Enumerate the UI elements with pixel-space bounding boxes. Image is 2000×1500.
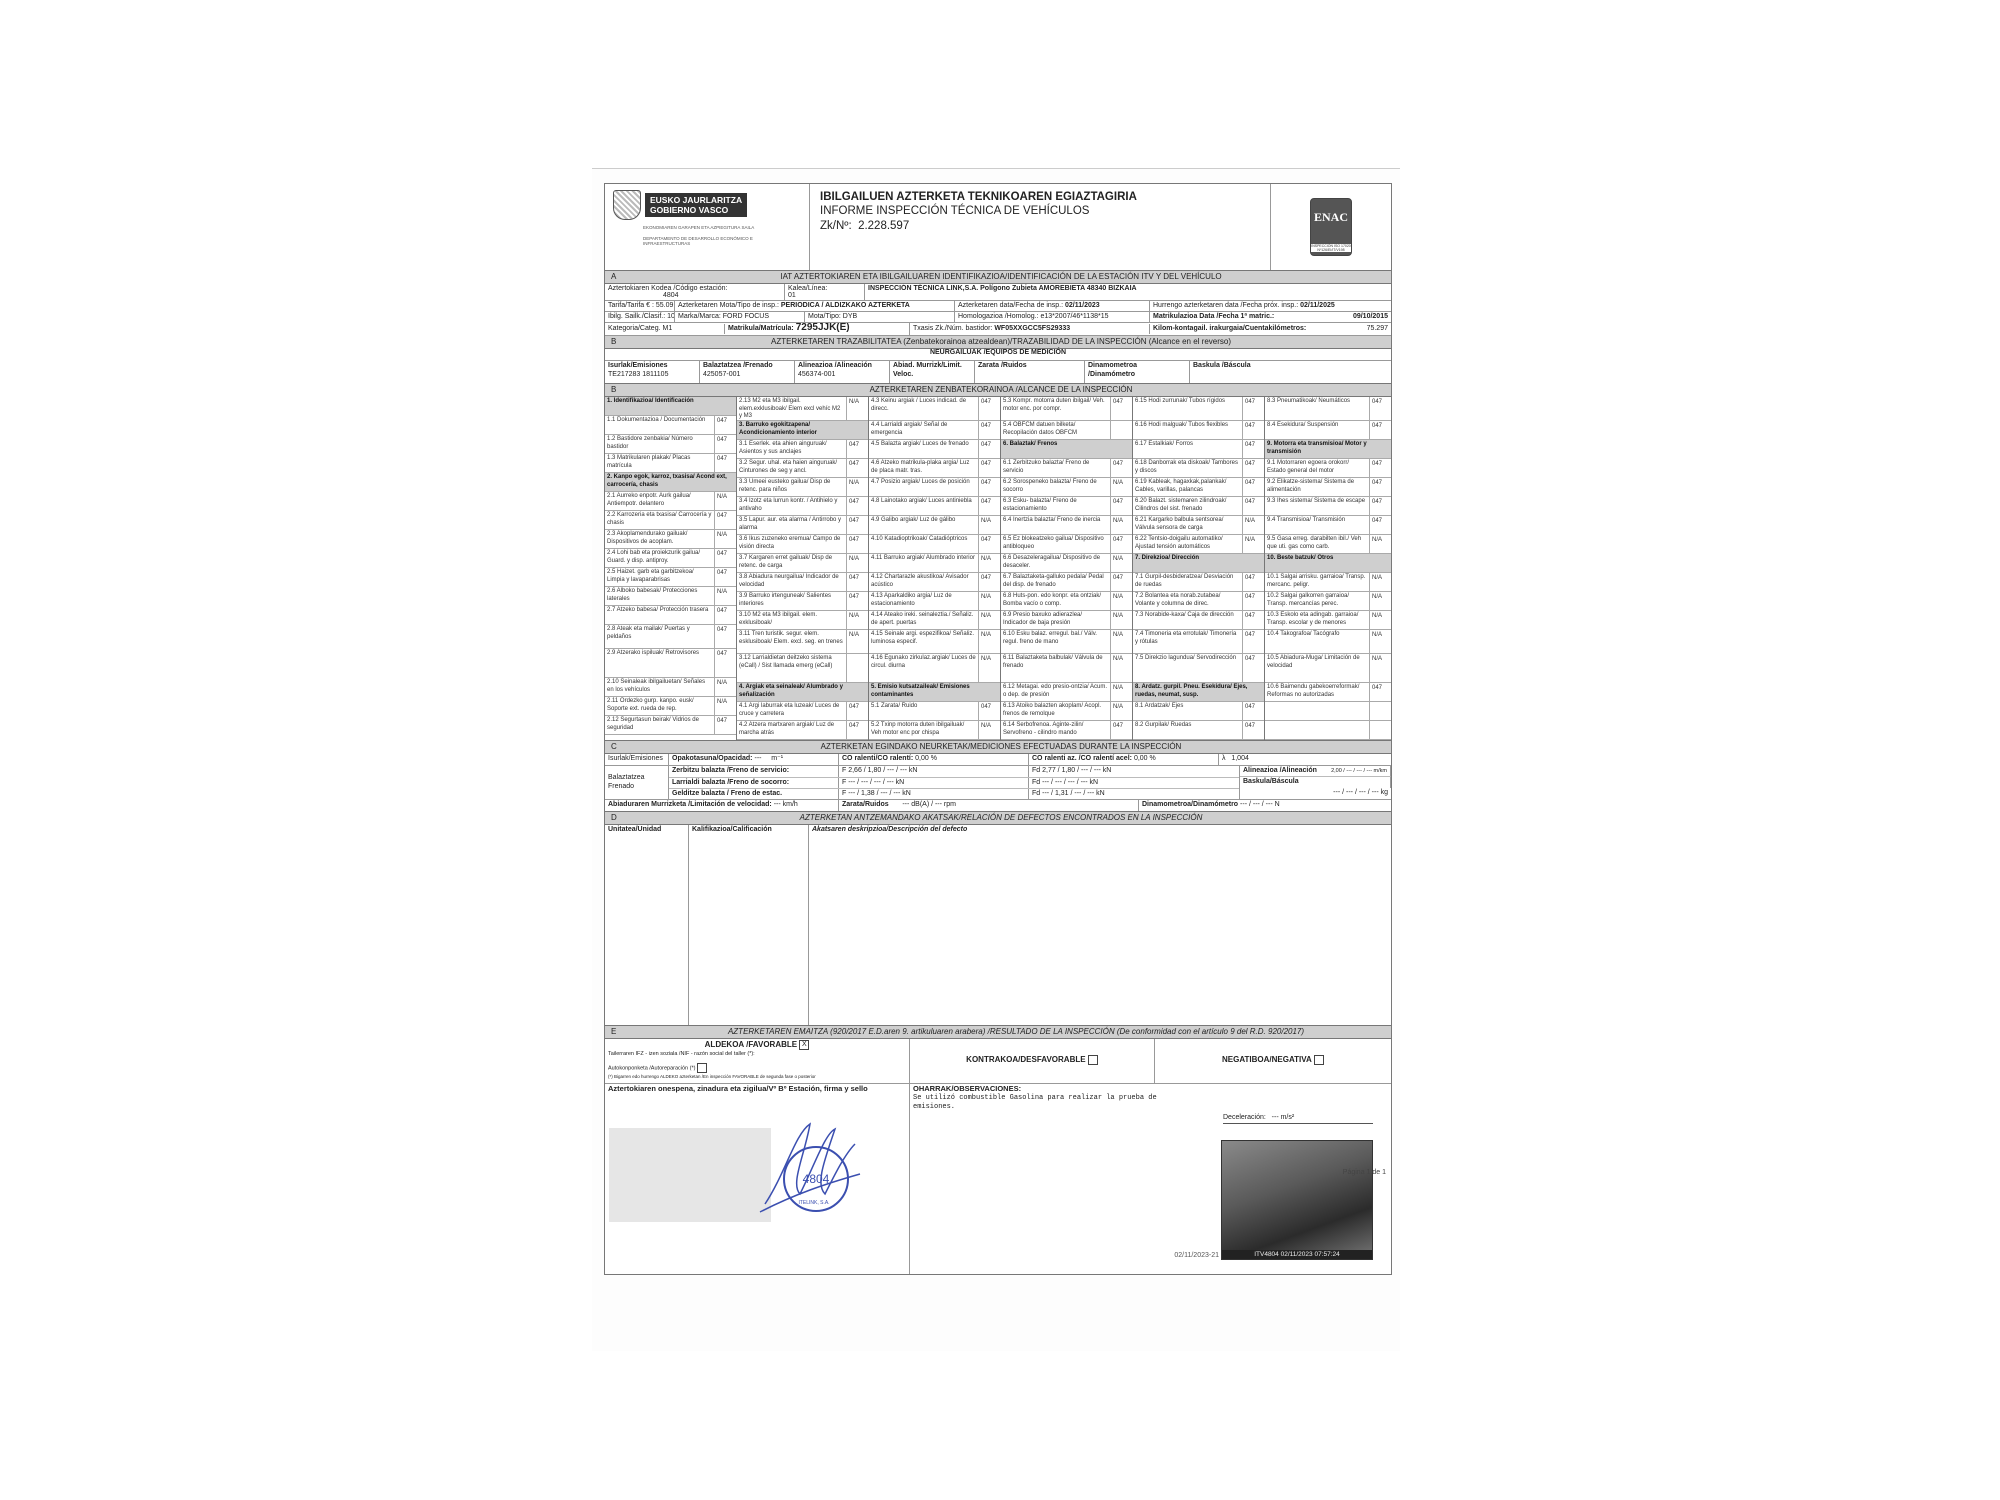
scope-item: 5.4 OBFCM datuen bilketa/ Recopilación d… [1001,421,1132,440]
negative-checkbox [1314,1055,1324,1065]
scope-item: 4.12 Chartarazle akustikoa/ Avisador acú… [869,573,1000,592]
defects-table: Unitatea/Unidad Kalifikazioa/Calificació… [605,825,1391,1026]
scope-group-header: 5. Emisio kutsatzaileak/ Emisiones conta… [869,683,1000,702]
parking-brake-label: Gelditze balazta / Freno de estac. [672,790,782,797]
scope-item: 3.9 Barruko irtenguneak/ Salientes inter… [737,592,868,611]
alignment-value: 2,00 / --- / --- / --- m/km [1331,767,1387,776]
scope-item: 2.12 Segurtasun beirak/ Vidrios de segur… [605,716,736,735]
scope-item: 9.4 Transmisioa/ Transmisión047 [1265,516,1391,535]
equipment-cell: Abiad. Murrizk/Limit. Veloc. [890,361,975,383]
noise-label: Zarata/Ruidos [842,801,889,808]
scope-item: 6.11 Balaztaketa balbulak/ Válvula de fr… [1001,654,1132,683]
scope-item: 4.13 Aparkaldiko argia/ Luz de estaciona… [869,592,1000,611]
noise-value: --- dB(A) / --- rpm [902,801,956,808]
title-es: INFORME INSPECCIÓN TÉCNICA DE VEHÍCULOS [820,204,1260,218]
col-unit: Unitatea/Unidad [608,826,661,833]
parking-brake-fd: Fd --- / 1,31 / --- / --- kN [1029,789,1239,800]
equipment-cell: Alineazioa /Alineación456374-001 [795,361,890,383]
section-b1-header: B AZTERKETAREN TRAZABILITATEA (Zenbateko… [605,336,1391,349]
scope-item: 6.18 Danborrak eta diskoak/ Tambores y d… [1133,459,1264,478]
scope-item: 10.3 Eskolo eta adingab. garraioa/ Trans… [1265,611,1391,630]
department-es: DEPARTAMENTO DE DESARROLLO ECONÓMICO E I… [643,236,801,247]
scope-item: 6.16 Hodi malguak/ Tubos flexibles047 [1133,421,1264,440]
scope-item: 6.20 Balazt. sistemaren zilindroak/ Cili… [1133,497,1264,516]
scope-item: 4.4 Larrialdi argiak/ Señal de emergenci… [869,421,1000,440]
scope-item: 6.12 Metagai. edo presio-ontzia/ Acum. o… [1001,683,1132,702]
section-e-header: E AZTERKETAREN EMAITZA (920/2017 E.D.are… [605,1026,1391,1039]
type-value: DYB [843,313,857,320]
type-label: Mota/Tipo: [808,313,841,320]
scale-label: Baskula/Báscula [1243,778,1299,785]
service-brake-label: Zerbitzu balazta /Freno de servicio: [672,767,789,774]
odometer-label: Kilom-kontagail. irakurgaia/Cuentakilóme… [1153,325,1306,332]
scope-item: 4.9 Galibo argiak/ Luz de gáliboN/A [869,516,1000,535]
inspection-type-label: Azterketaren Mota/Tipo de insp.: [678,302,779,309]
next-inspection-label: Hurrengo azterketaren data /Fecha próx. … [1153,302,1298,309]
opacity-label: Opakotasuna/Opacidad: [672,755,753,762]
line-value: 01 [788,292,796,299]
brand-value: FORD FOCUS [723,313,769,320]
braking-label: Balaztatzea Frenado [605,766,669,799]
scope-item: 1.3 Matrikularen plakak/ Placas matrícul… [605,454,736,473]
tariff-value: 55.09 [656,302,674,309]
self-repair-checkbox [697,1063,707,1073]
equipment-row: Isurlak/EmisionesTE217283 1811105Balazta… [605,361,1391,384]
enac-logo-icon: ENACINSPECCIÓN ISO 17020 Nº126/EI/IT/V19… [1310,198,1352,256]
scope-group-header: 10. Beste batzuk/ Otros [1265,554,1391,573]
scope-item: 10.1 Salgai arrisku. garraioa/ Transp. m… [1265,573,1391,592]
scope-item: 6.15 Hodi zurrunak/ Tubos rígidos047 [1133,397,1264,421]
scope-item: 6.13 Atoiko balazten akoplam/ Acopl. fre… [1001,702,1132,721]
scope-column: 6.15 Hodi zurrunak/ Tubos rígidos0476.16… [1133,397,1265,740]
scope-item: 9.1 Motorraren egoera orokorr/ Estado ge… [1265,459,1391,478]
scope-item: 7.4 Timoneria eta errotulak/ Timonería y… [1133,630,1264,654]
workshop-label: Tailerraren IFZ - izen soziala /NIF - ra… [608,1050,906,1059]
scope-item: 2.6 Alboko babesak/ Protecciones lateral… [605,587,736,606]
station-name: INSPECCIÓN TÉCNICA LINK,S.A. Polígono Zu… [865,284,1391,300]
observations-label: OHARRAK/OBSERVACIONES: [913,1084,1021,1093]
co-idle-value: 0,00 % [915,755,937,762]
scope-group-header: 6. Balaztak/ Frenos [1001,440,1132,459]
negative-label: NEGATIBOA/NEGATIVA [1222,1055,1312,1064]
equipment-cell: Zarata /Ruidos [975,361,1085,383]
inspection-date-label: Azterketaren data/Fecha de insp.: [958,302,1063,309]
scope-item: 8.3 Pneumatikoak/ Neumáticos047 [1265,397,1391,421]
unfavorable-checkbox [1088,1055,1098,1065]
scope-item: 3.1 Eserlek. eta ahien ainguruak/ Asient… [737,440,868,459]
scope-item: 4.14 Ateako ireki. seinaleztia./ Señaliz… [869,611,1000,630]
scope-item: 3.12 Larrialdietan deitzeko sistema (eCa… [737,654,868,683]
scope-item: 6.10 Esku balaz. erregul. bal./ Válv. re… [1001,630,1132,654]
vin-value: WF05XXGCC5FS29333 [994,325,1070,332]
scope-column: 1. Identifikazioa/ Identificación1.1 Dok… [605,397,737,740]
report-number-label: Zk/Nº: [820,220,852,232]
vin-label: Txasis Zk./Núm. bastidor: [913,325,992,332]
equipment-cell: Baskula /Báscula [1190,361,1391,383]
scope-item: 6.17 Estalkiak/ Forros047 [1133,440,1264,459]
scope-item: 3.8 Abiadura neurgailua/ Indicador de ve… [737,573,868,592]
scope-item: 6.7 Balaztaketa-galluko pedala/ Pedal de… [1001,573,1132,592]
co-idle-label: CO ralenti/CO ralentí: [842,755,913,762]
org-name-eu: EUSKO JAURLARITZA [650,195,742,205]
scope-item: 10.5 Abiadura-Muga/ Limitación de veloci… [1265,654,1391,683]
registration-date-label: Matrikulazioa Data /Fecha 1ª matric.: [1153,313,1274,320]
inspection-scope-grid: 1. Identifikazioa/ Identificación1.1 Dok… [605,397,1391,741]
favorable-label: ALDEKOA /FAVORABLE [705,1040,797,1049]
scope-item: 2.10 Seinaleak ibilgailuetan/ Señales en… [605,678,736,697]
equipment-title: NEURGAILUAK /EQUIPOS DE MEDICIÓN [605,349,1391,361]
category-label: Kategoria/Categ. [608,325,661,332]
next-inspection-date: 02/11/2025 [1300,302,1335,309]
section-c-header: C AZTERKETAN EGINDAKO NEURKETAK/MEDICION… [605,741,1391,754]
scope-item: 2.9 Atzerako ispiluak/ Retrovisores047 [605,649,736,678]
equipment-cell: Balaztatzea /Frenado425057-001 [700,361,795,383]
section-a-header: A IAT AZTERTOKIAREN ETA IBILGAILUAREN ID… [605,271,1391,284]
scope-item: 4.5 Balazta argiak/ Luces de frenado047 [869,440,1000,459]
scope-item: 4.8 Lainotako argiak/ Luces antiniebla04… [869,497,1000,516]
scope-column: 2.13 M2 eta M3 ibilgail. elem.exklusiboa… [737,397,869,740]
scope-item: 6.9 Presio baxuko adierazlea/ Indicador … [1001,611,1132,630]
inspection-report: EUSKO JAURLARITZA GOBIERNO VASCO EKONOMI… [604,183,1392,1275]
scope-item: 2.13 M2 eta M3 ibilgail. elem.exklusiboa… [737,397,868,421]
parking-brake-f: F --- / 1,38 / --- / --- kN [839,789,1029,800]
scope-item [1265,721,1391,740]
scope-item: 3.2 Segur. uhal. eta haien ainguruak/ Ci… [737,459,868,478]
document-page: EUSKO JAURLARITZA GOBIERNO VASCO EKONOMI… [592,168,1400,1351]
footnote: (*) Bigarren edo hurrengo ALDEKO azterke… [608,1073,906,1082]
scope-item: 6.14 Serbofrenoa. Aginte-zilin/ Servofre… [1001,721,1132,740]
scope-item: 4.10 Katadioptrikoak/ Catadióptricos047 [869,535,1000,554]
scope-item: 2.5 Haizet. garb eta garbitzekoa/ Limpia… [605,568,736,587]
col-description: Akatsaren deskripzioa/Descripción del de… [812,826,967,833]
co-accel-label: CO ralenti az. /CO ralentí acel: [1032,755,1132,762]
lambda-label: λ [1222,755,1226,762]
title-eu: IBILGAILUEN AZTERKETA TEKNIKOAREN EGIAZT… [820,190,1260,204]
scope-item: 3.5 Lapur. aur. eta alarma / Antirrobo y… [737,516,868,535]
inspection-type: PERIODICA / ALDIZKAKO AZTERKETA [781,302,910,309]
scope-item: 6.6 Desazeleragailua/ Dispositivo de des… [1001,554,1132,573]
scope-item: 6.5 Ez blokeatzeko gailua/ Dispositivo a… [1001,535,1132,554]
scope-item [1265,702,1391,721]
scope-item: 9.2 Elikatze-sistema/ Sistema de aliment… [1265,478,1391,497]
license-plate: 7295JJK(E) [796,323,850,333]
lambda-value: 1,004 [1231,755,1249,762]
coat-of-arms-icon [613,190,641,220]
scope-item: 6.22 Tentsio-doigailu automatiko/ Ajusta… [1133,535,1264,554]
scope-item: 7.3 Norabide-kaxa/ Caja de dirección047 [1133,611,1264,630]
equipment-cell: Dinamometroa /Dinamómetro [1085,361,1190,383]
station-code: 4804 [608,292,679,299]
scope-item: 4.16 Egunako zirkulaz.argiak/ Luces de c… [869,654,1000,683]
scope-column: 8.3 Pneumatikoak/ Neumáticos0478.4 Eseki… [1265,397,1391,740]
scope-column: 5.3 Kompr. motorra duten ibilgail/ Veh. … [1001,397,1133,740]
scope-item: 1.2 Bastidore zenbakia/ Número bastidor0… [605,435,736,454]
scope-item: 3.4 Izotz eta lurrun kontr. / Antihielo … [737,497,868,516]
homologation-label: Homologazioa /Homolog.: [958,313,1039,320]
opacity-value: --- [754,755,761,762]
scope-item: 10.6 Baimendu gabekoerreformak/ Reformas… [1265,683,1391,702]
scope-item: 4.1 Argi laburrak eta luzeak/ Luces de c… [737,702,868,721]
speed-limit-label: Abiaduraren Murrizketa /Limitación de ve… [608,801,772,808]
emissions-label: Isurlak/Emisiones [605,754,669,765]
scope-item: 3.11 Tren turistik. segur. elem. esklusi… [737,630,868,654]
scope-item: 6.8 Huts-pon. edo konpr. eta ontziak/ Bo… [1001,592,1132,611]
deceleration-label: Deceleración: [1223,1114,1266,1121]
alignment-label: Alineazioa /Alineación [1243,767,1317,774]
scope-item: 4.6 Atzeko matrikula-plaka argia/ Luz de… [869,459,1000,478]
redacted-area [609,1128,771,1222]
scope-item: 5.2 Txinp motorra duten ibilgailuak/ Veh… [869,721,1000,740]
section-b2-header: B AZTERKETAREN ZENBATEKORAINOA /ALCANCE … [605,384,1391,397]
category-value: M1 [663,325,673,332]
scope-item: 2.4 Lohi bab eta proiekzurik gailua/ Gua… [605,549,736,568]
inspection-date: 02/11/2023 [1065,302,1100,309]
scope-item: 1.1 Dokumentazioa / Documentación047 [605,416,736,435]
scope-item: 4.2 Atzera martxaren argiak/ Luz de marc… [737,721,868,740]
vehicle-photo: ITV4804 02/11/2023 07:57:24 [1221,1140,1373,1260]
class-value: 1000 [667,313,675,320]
line-label: Kalea/Línea: [788,285,827,292]
scope-item: 7.2 Bolantea eta norab.zutabea/ Volante … [1133,592,1264,611]
emergency-brake-label: Larrialdi balazta /Freno de socorro: [672,779,789,786]
class-label: Ibilg. Sailk./Clasif.: [608,313,665,320]
homologation-value: e13*2007/46*1138*15 [1041,313,1109,320]
emergency-brake-f: F --- / --- / --- / --- kN [839,778,1029,789]
station-row: Aztertokiaren Kodea /Código estación:480… [605,284,1391,301]
scope-item: 5.1 Zarata/ Ruido047 [869,702,1000,721]
scope-item: 8.1 Ardatzak/ Ejes047 [1133,702,1264,721]
col-rating: Kalifikazioa/Calificación [692,826,772,833]
scope-item: 3.10 M2 eta M3 ibilgail. elem. exklusibo… [737,611,868,630]
org-name-es: GOBIERNO VASCO [650,205,742,215]
department-eu: EKONOMIAREN GARAPEN ETA AZPIEGITURA SAIL… [643,225,801,231]
scope-item: 6.2 Sorospeneko balazta/ Freno de socorr… [1001,478,1132,497]
report-number: 2.228.597 [858,220,909,232]
scope-item: 7.5 Direkzio lagundua/ Servodirección047 [1133,654,1264,683]
section-d-header: D AZTERKETAN ANTZEMANDAKO AKATSAK/RELACI… [605,812,1391,825]
service-brake-f: F 2,66 / 1,80 / --- / --- kN [839,766,1029,777]
plate-label: Matrikula/Matrícula: [728,325,794,332]
scope-item: 3.7 Kargaren erret gailuak/ Disp de rete… [737,554,868,573]
equipment-cell: Isurlak/EmisionesTE217283 1811105 [605,361,700,383]
scope-item: 10.2 Salgai galkorren garraioa/ Transp. … [1265,592,1391,611]
scope-item: 4.11 Barruko argiak/ Alumbrado interiorN… [869,554,1000,573]
signature-box: Aztertokiaren onespena, zinadura eta zig… [605,1084,910,1274]
report-title: IBILGAILUEN AZTERKETA TEKNIKOAREN EGIAZT… [810,184,1271,270]
scope-item: 9.5 Gasa erreg. darabilten ibil./ Veh qu… [1265,535,1391,554]
self-repair-label: Autokonponketa /Autoreparación (*) [608,1065,695,1071]
tariff-label: Tarifa/Tarifa € [608,302,650,309]
photo-caption: ITV4804 02/11/2023 07:57:24 [1222,1250,1372,1259]
result-row: ALDEKOA /FAVORABLE X Tailerraren IFZ - i… [605,1039,1391,1084]
dyno-label: Dinamometroa/Dinamómetro [1142,801,1238,808]
scope-item: 2.2 Karrozeria eta txasisa/ Carrocería y… [605,511,736,530]
co-accel-value: 0,00 % [1134,755,1156,762]
scope-group-header: 4. Argiak eta seinaleak/ Alumbrado y señ… [737,683,868,702]
odometer-value: 75.297 [1367,325,1388,334]
scope-item: 2.8 Ateak eta mailak/ Puertas y peldaños… [605,625,736,649]
service-brake-fd: Fd 2,77 / 1,80 / --- / --- kN [1029,766,1239,777]
print-reference: 02/11/2023-21 [1174,1252,1219,1261]
scope-item: 5.3 Kompr. motorra duten ibilgail/ Veh. … [1001,397,1132,421]
dyno-value: --- / --- / --- N [1240,801,1280,808]
favorable-checkbox: X [799,1040,809,1050]
scope-item: 3.3 Umeei eusteko gailua/ Disp de retenc… [737,478,868,497]
scope-item: 8.4 Esekidura/ Suspensión047 [1265,421,1391,440]
scope-item: 10.4 Takografoa/ TacógrafoN/A [1265,630,1391,654]
scope-group-header: 3. Barruko egokitzapena/ Acondicionamien… [737,421,868,440]
scope-item: 8.2 Gurpilak/ Ruedas047 [1133,721,1264,740]
scope-column: 4.3 Keinu argiak / Luces indicad. de dir… [869,397,1001,740]
scope-item: 6.1 Zerbitzuko balazta/ Freno de servici… [1001,459,1132,478]
scope-item: 6.19 Kableak, hagaxkak,palankak/ Cables,… [1133,478,1264,497]
scope-item: 6.21 Kargarko balbula sentsorea/ Válvula… [1133,516,1264,535]
scope-group-header: 8. Ardatz. gurpil. Pneu. Esekidura/ Ejes… [1133,683,1264,702]
brand-label: Marka/Marca: [678,313,721,320]
government-logo: EUSKO JAURLARITZA GOBIERNO VASCO EKONOMI… [605,184,810,270]
scope-item: 9.3 Ihes sistema/ Sistema de escape047 [1265,497,1391,516]
scope-item: 4.15 Seinale argi. espezifikoa/ Señaliz.… [869,630,1000,654]
signature-label: Aztertokiaren onespena, zinadura eta zig… [608,1084,868,1093]
emergency-brake-fd: Fd --- / --- / --- / --- kN [1029,778,1239,789]
observations-text: Se utilizó combustible Gasolina para rea… [913,1094,1173,1112]
scope-item: 3.6 Ikus zuzeneko eremua/ Campo de visió… [737,535,868,554]
scope-item: 4.7 Posizio argiak/ Luces de posición047 [869,478,1000,497]
report-header: EUSKO JAURLARITZA GOBIERNO VASCO EKONOMI… [605,184,1391,271]
scope-item: 7.1 Gurpil-desbideratzea/ Desviación de … [1133,573,1264,592]
scope-group-header: 9. Motorra eta transmisioa/ Motor y tran… [1265,440,1391,459]
scale-value: --- / --- / --- / --- kg [1240,788,1391,799]
scope-item: 2.1 Aurreko enpotr. Aurk gailua/ Antiemp… [605,492,736,511]
scope-item: 2.3 Akoplamendurako gailuak/ Dispositivo… [605,530,736,549]
deceleration-value: --- m/s² [1272,1114,1295,1121]
scope-group-header: 2. Kanpo egok, karroz, txasisa/ Acond ex… [605,473,736,492]
unfavorable-label: KONTRAKOA/DESFAVORABLE [966,1055,1085,1064]
scope-item: 4.3 Keinu argiak / Luces indicad. de dir… [869,397,1000,421]
observations-box: OHARRAK/OBSERVACIONES: Se utilizó combus… [910,1084,1391,1274]
speed-limit-value: --- km/h [774,801,798,808]
scope-item: 2.11 Ordezko gurp. kanpo. eusk/ Soporte … [605,697,736,716]
scope-group-header: 1. Identifikazioa/ Identificación [605,397,736,416]
station-code-label: Aztertokiaren Kodea /Código estación: [608,285,727,292]
scope-group-header: 7. Direkzioa/ Dirección [1133,554,1264,573]
scope-item: 2.7 Atzeko babesa/ Protección trasera047 [605,606,736,625]
scope-item: 6.3 Esku- balazta/ Freno de estacionamie… [1001,497,1132,516]
scope-item: 6.4 Inertzia balazta/ Freno de inerciaN/… [1001,516,1132,535]
page-number: Página 1 de 1 [1343,1169,1386,1176]
registration-date: 09/10/2015 [1353,313,1388,322]
stamp-text: ITELINK, S.A. [783,1199,845,1208]
